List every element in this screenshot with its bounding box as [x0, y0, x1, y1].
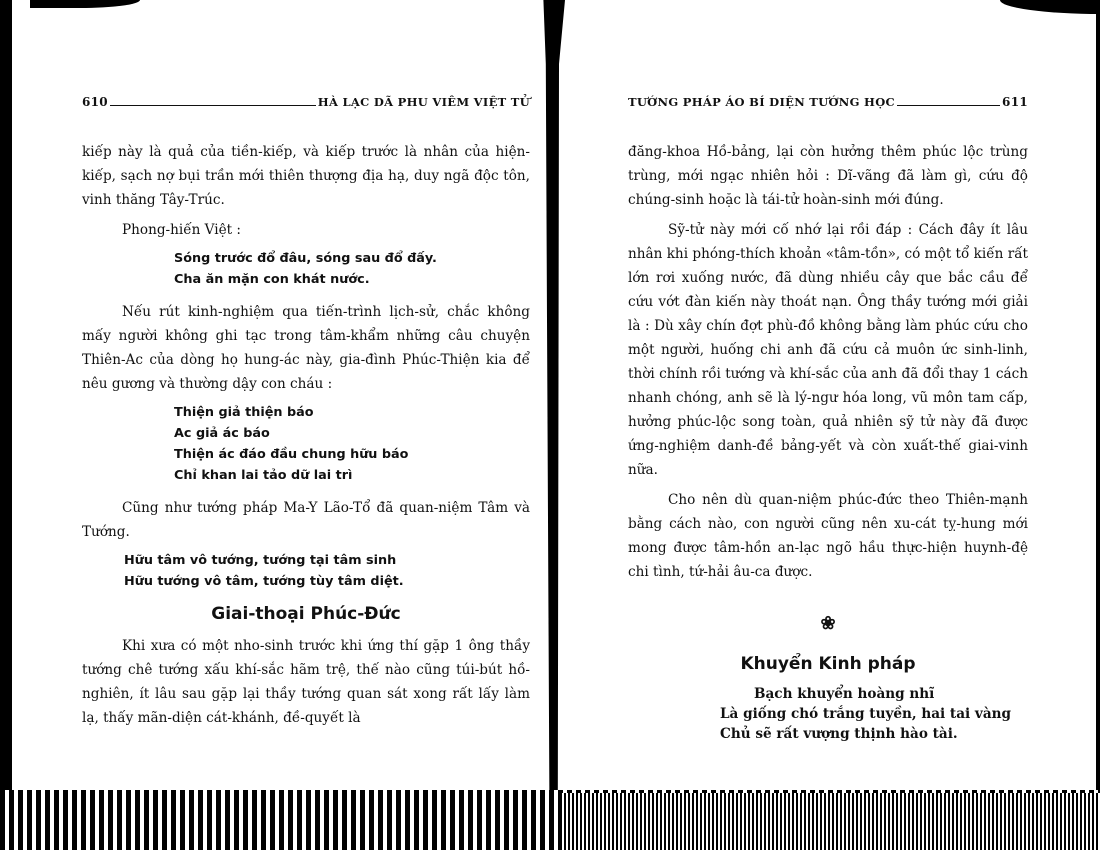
poem-block: Bạch khuyển hoàng nhĩLà giống chó trắng …: [628, 684, 1028, 744]
verse-line: Là giống chó trắng tuyền, hai tai vàng: [720, 704, 1028, 724]
verse-line: Cha ăn mặn con khát nước.: [174, 269, 530, 290]
header-rule: [897, 105, 1000, 106]
verse-line: Bạch khuyển hoàng nhĩ: [720, 684, 1028, 704]
verse-line: Chỉ khan lai tảo dữ lai trì: [174, 465, 530, 486]
verse-line: Sóng trước đổ đâu, sóng sau đổ đấy.: [174, 248, 530, 269]
verse-line: Thiện giả thiện báo: [174, 402, 530, 423]
page-body: đăng-khoa Hồ-bảng, lại còn hưởng thêm ph…: [628, 140, 1028, 744]
scan-border-left: [0, 0, 12, 850]
scan-bottom-artifact-right: [560, 793, 1100, 850]
section-heading: Khuyển Kinh pháp: [628, 652, 1028, 676]
paragraph: đăng-khoa Hồ-bảng, lại còn hưởng thêm ph…: [628, 140, 1028, 212]
paragraph: Sỹ-tử này mới cố nhớ lại rồi đáp : Cách …: [628, 218, 1028, 482]
verse-line: Ac giả ác báo: [174, 423, 530, 444]
verse-block: Sóng trước đổ đâu, sóng sau đổ đấy.Cha ă…: [82, 248, 530, 290]
running-title: HÀ LẠC DÃ PHU VIÊM VIỆT TỬ: [318, 95, 530, 109]
paragraph: Nếu rút kinh-nghiệm qua tiến-trình lịch-…: [82, 300, 530, 396]
page-body: kiếp này là quả của tiền-kiếp, và kiếp t…: [82, 140, 530, 736]
running-title: TƯỚNG PHÁP ÁO BÍ DIỆN TƯỚNG HỌC: [628, 95, 895, 109]
scan-border-top-left: [30, 0, 140, 8]
paragraph: kiếp này là quả của tiền-kiếp, và kiếp t…: [82, 140, 530, 212]
scan-border-top-right: [1000, 0, 1100, 14]
verse-line: Hữu tâm vô tướng, tướng tại tâm sinh: [124, 550, 530, 571]
verse-line: Thiện ác đáo đầu chung hữu báo: [174, 444, 530, 465]
verse-line: Hữu tướng vô tâm, tướng tùy tâm diệt.: [124, 571, 530, 592]
paragraph: Cho nên dù quan-niệm phúc-đức theo Thiên…: [628, 488, 1028, 584]
verse-line: Chủ sẽ rất vượng thịnh hào tài.: [720, 724, 1028, 744]
running-header-left: 610 HÀ LẠC DÃ PHU VIÊM VIỆT TỬ: [82, 95, 530, 109]
paragraph: Cũng như tướng pháp Ma-Y Lão-Tổ đã quan-…: [82, 496, 530, 544]
scan-border-right: [1096, 0, 1100, 850]
book-gutter: [541, 0, 565, 800]
flower-ornament-icon: ❀: [628, 612, 1028, 636]
verse-block: Hữu tâm vô tướng, tướng tại tâm sinhHữu …: [82, 550, 530, 592]
running-header-right: TƯỚNG PHÁP ÁO BÍ DIỆN TƯỚNG HỌC 611: [628, 95, 1028, 109]
paragraph: Khi xưa có một nho-sinh trước khi ứng th…: [82, 634, 530, 730]
page-number: 611: [1002, 95, 1028, 109]
verse-block: Thiện giả thiện báoAc giả ác báoThiện ác…: [82, 402, 530, 486]
section-heading: Giai-thoại Phúc-Đức: [82, 602, 530, 626]
paragraph: Phong-hiến Việt :: [82, 218, 530, 242]
page-number: 610: [82, 95, 108, 109]
header-rule: [110, 105, 316, 106]
